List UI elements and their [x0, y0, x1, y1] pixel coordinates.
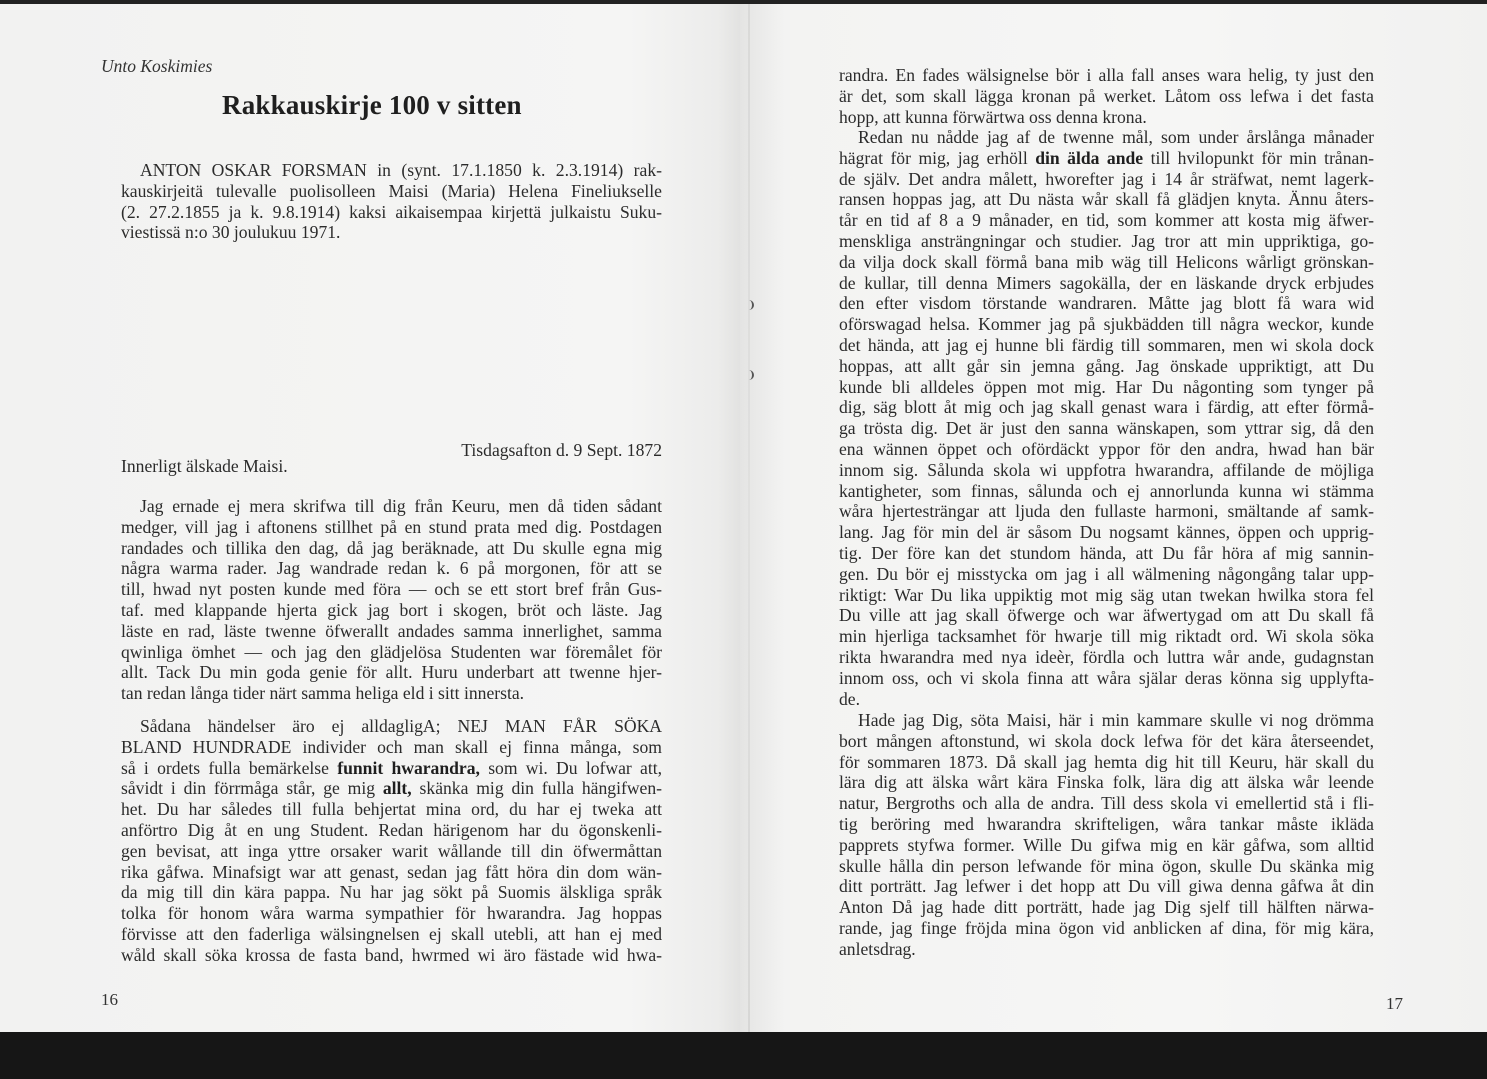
left-page: Unto Koskimies Rakkauskirje 100 v sitten…	[0, 4, 740, 1032]
text-line: taf. med klappande hjerta gick jag bort …	[121, 600, 662, 621]
text-line: de.	[839, 689, 1374, 710]
right-page: randra. En fades wälsignelse bör i alla …	[740, 4, 1487, 1032]
text-line: ga trösta dig. Det är just den sanna wän…	[839, 418, 1374, 439]
text-line: da mig till din kära pappa. Nu har jag s…	[121, 882, 662, 903]
text-line: rande, jag finge fröjda mina ögon vid an…	[839, 918, 1374, 939]
text-line: såvidt i din förrmåga står, ge mig allt,…	[121, 778, 662, 799]
text-line: tig beröring med hwarandra skrifteligen,…	[839, 814, 1374, 835]
text-line: randades och tillika den dag, då jag ber…	[121, 538, 662, 559]
book-gutter	[748, 4, 750, 1032]
text-line: förvisse att den faderliga wälsingnelsen…	[121, 924, 662, 945]
text-line: bort mången aftonstund, wi skola dock le…	[839, 731, 1374, 752]
text-line: kunde bli alldeles öppen mot mig. Har Du…	[839, 377, 1374, 398]
text-line: den efter visdom törstande wandraren. Må…	[839, 293, 1374, 314]
letter-dateline: Tisdagsafton d. 9 Sept. 1872	[428, 440, 662, 461]
text-line: de kullar, till denna Mimers sagokälla, …	[839, 273, 1374, 294]
text-line: Sådana händelser äro ej alldagligA; NEJ …	[121, 716, 662, 737]
letter-continuation: randra. En fades wälsignelse bör i alla …	[839, 65, 1374, 127]
text-line: gen bevisat, att inga yttre orsaker wari…	[121, 841, 662, 862]
text-line: hopp, att kunna förwärtwa oss denna kron…	[839, 107, 1374, 128]
text-line: innom sig. Sålunda skola wi uppfotra hwa…	[839, 460, 1374, 481]
letter-paragraph-2: Sådana händelser äro ej alldagligA; NEJ …	[121, 716, 662, 966]
text-line: medger, vill jag i aftonens stillhet på …	[121, 517, 662, 538]
text-line: da vilja dock skall förmå bana mib wäg t…	[839, 252, 1374, 273]
text-line: rika gåfwa. Minafsigt war att genast, se…	[121, 862, 662, 883]
scan-bottom-edge	[0, 1032, 1487, 1079]
text-line: Hade jag Dig, söta Maisi, här i min kamm…	[839, 710, 1374, 731]
text-line: (2. 27.2.1855 ja k. 9.8.1914) kaksi aika…	[121, 202, 662, 223]
bold-phrase: funnit hwarandra,	[337, 758, 480, 778]
book-spread: Unto Koskimies Rakkauskirje 100 v sitten…	[0, 4, 1487, 1032]
text-line: anförtro Dig åt en ung Student. Redan hä…	[121, 820, 662, 841]
text-line: Anton Då jag hade ditt porträtt, hade ja…	[839, 897, 1374, 918]
text-line: dig, säg blott åt mig och jag skall gena…	[839, 397, 1374, 418]
text-line: anletsdrag.	[839, 939, 1374, 960]
text-line: för sommaren 1873. Då skall jag hemta di…	[839, 752, 1374, 773]
letter-paragraph-1: Jag ernade ej mera skrifwa till dig från…	[121, 496, 662, 704]
text-line: till, hwad nyt posten kunde med föra — o…	[121, 579, 662, 600]
text-line: min hjerliga tacksamhet för hwarje till …	[839, 626, 1374, 647]
text-line: ditt porträtt. Jag lefwer i det hopp att…	[839, 876, 1374, 897]
bold-phrase: din älda ande	[1035, 148, 1143, 168]
text-line: Jag ernade ej mera skrifwa till dig från…	[121, 496, 662, 517]
text-line: wåra hjertesträngar att ljuda den fullas…	[839, 501, 1374, 522]
letter-paragraph-4: Hade jag Dig, söta Maisi, här i min kamm…	[839, 710, 1374, 960]
article-title: Rakkauskirje 100 v sitten	[222, 90, 522, 121]
text-line: skulle hålla din person lefwande för min…	[839, 856, 1374, 877]
text-line: het. Du har således till fulla behjertat…	[121, 799, 662, 820]
text-line: kauskirjeitä tulevalle puolisolleen Mais…	[121, 181, 662, 202]
text-line: kantigheter, som finnas, sålunda och ej …	[839, 481, 1374, 502]
text-line: några warma rader. Jag wandrade redan k.…	[121, 558, 662, 579]
text-line: tan redan långa tider närt samma heliga …	[121, 683, 662, 704]
text-line: riktigt: War Du lika uppiktig mot mig sä…	[839, 585, 1374, 606]
text-line: lang. Jag för min del är såsom Du nogsam…	[839, 522, 1374, 543]
text-line: de själv. Det andra målett, hworefter ja…	[839, 169, 1374, 190]
text-line: det hända, att jag ej hunne bli färdig t…	[839, 335, 1374, 356]
text-line: qwinliga ömhet — och jag den glädjelösa …	[121, 642, 662, 663]
text-line: ANTON OSKAR FORSMAN in (synt. 17.1.1850 …	[121, 160, 662, 181]
text-line: randra. En fades wälsignelse bör i alla …	[839, 65, 1374, 86]
letter-salutation: Innerligt älskade Maisi.	[121, 456, 288, 477]
page-number-left: 16	[101, 990, 118, 1010]
text-line: läste en rad, läste twenne öfwerallt and…	[121, 621, 662, 642]
text-line: Du ville att jag skall öfwerge och war ä…	[839, 605, 1374, 626]
text-line: ena wännen öppet och ofördäckt yppor för…	[839, 439, 1374, 460]
text-line: hägrat för mig, jag erhöll din älda ande…	[839, 148, 1374, 169]
text-line: Redan nu nådde jag af de twenne mål, som…	[839, 127, 1374, 148]
text-line: är det, som skall lägga kronan på werket…	[839, 86, 1374, 107]
text-line: tig. Der före kan det stundom hända, att…	[839, 543, 1374, 564]
text-line: papprets styfwa former. Wille Du gifwa m…	[839, 835, 1374, 856]
text-line: lära dig att älska wårt kära Finska folk…	[839, 772, 1374, 793]
text-line: rikta hwarandra med nya ideèr, fördla oc…	[839, 647, 1374, 668]
text-line: hoppas, att allt går sin jemna gång. Jag…	[839, 356, 1374, 377]
text-line: tolka för honom wåra warma sympathier fö…	[121, 903, 662, 924]
text-line: ransen hoppas jag, att Du nästa wår skal…	[839, 189, 1374, 210]
letter-paragraph-3: Redan nu nådde jag af de twenne mål, som…	[839, 127, 1374, 709]
text-line: innom oss, och vi skola finna att wåra s…	[839, 668, 1374, 689]
text-line: menskliga ansträngningar och studier. Ja…	[839, 231, 1374, 252]
text-line: oförswagad helsa. Kommer jag på sjukbädd…	[839, 314, 1374, 335]
text-line: natur, Bergroths och alla de andra. Till…	[839, 793, 1374, 814]
bold-phrase: allt,	[383, 778, 412, 798]
text-line: wåld skall söka krossa de fasta band, hw…	[121, 945, 662, 966]
intro-paragraph: ANTON OSKAR FORSMAN in (synt. 17.1.1850 …	[121, 160, 662, 243]
text-line: allt. Tack Du min goda genie för allt. H…	[121, 662, 662, 683]
text-line: viestissä n:o 30 joulukuu 1971.	[121, 222, 662, 243]
page-number-right: 17	[1386, 994, 1403, 1014]
text-line: BLAND HUNDRADE individer och man skall e…	[121, 737, 662, 758]
text-line: gen. Du bör ej misstycka om jag i all wä…	[839, 564, 1374, 585]
text-line: tår en tid af 8 a 9 månader, en tid, som…	[839, 210, 1374, 231]
author-name: Unto Koskimies	[101, 56, 212, 77]
text-line: så i ordets fulla bemärkelse funnit hwar…	[121, 758, 662, 779]
